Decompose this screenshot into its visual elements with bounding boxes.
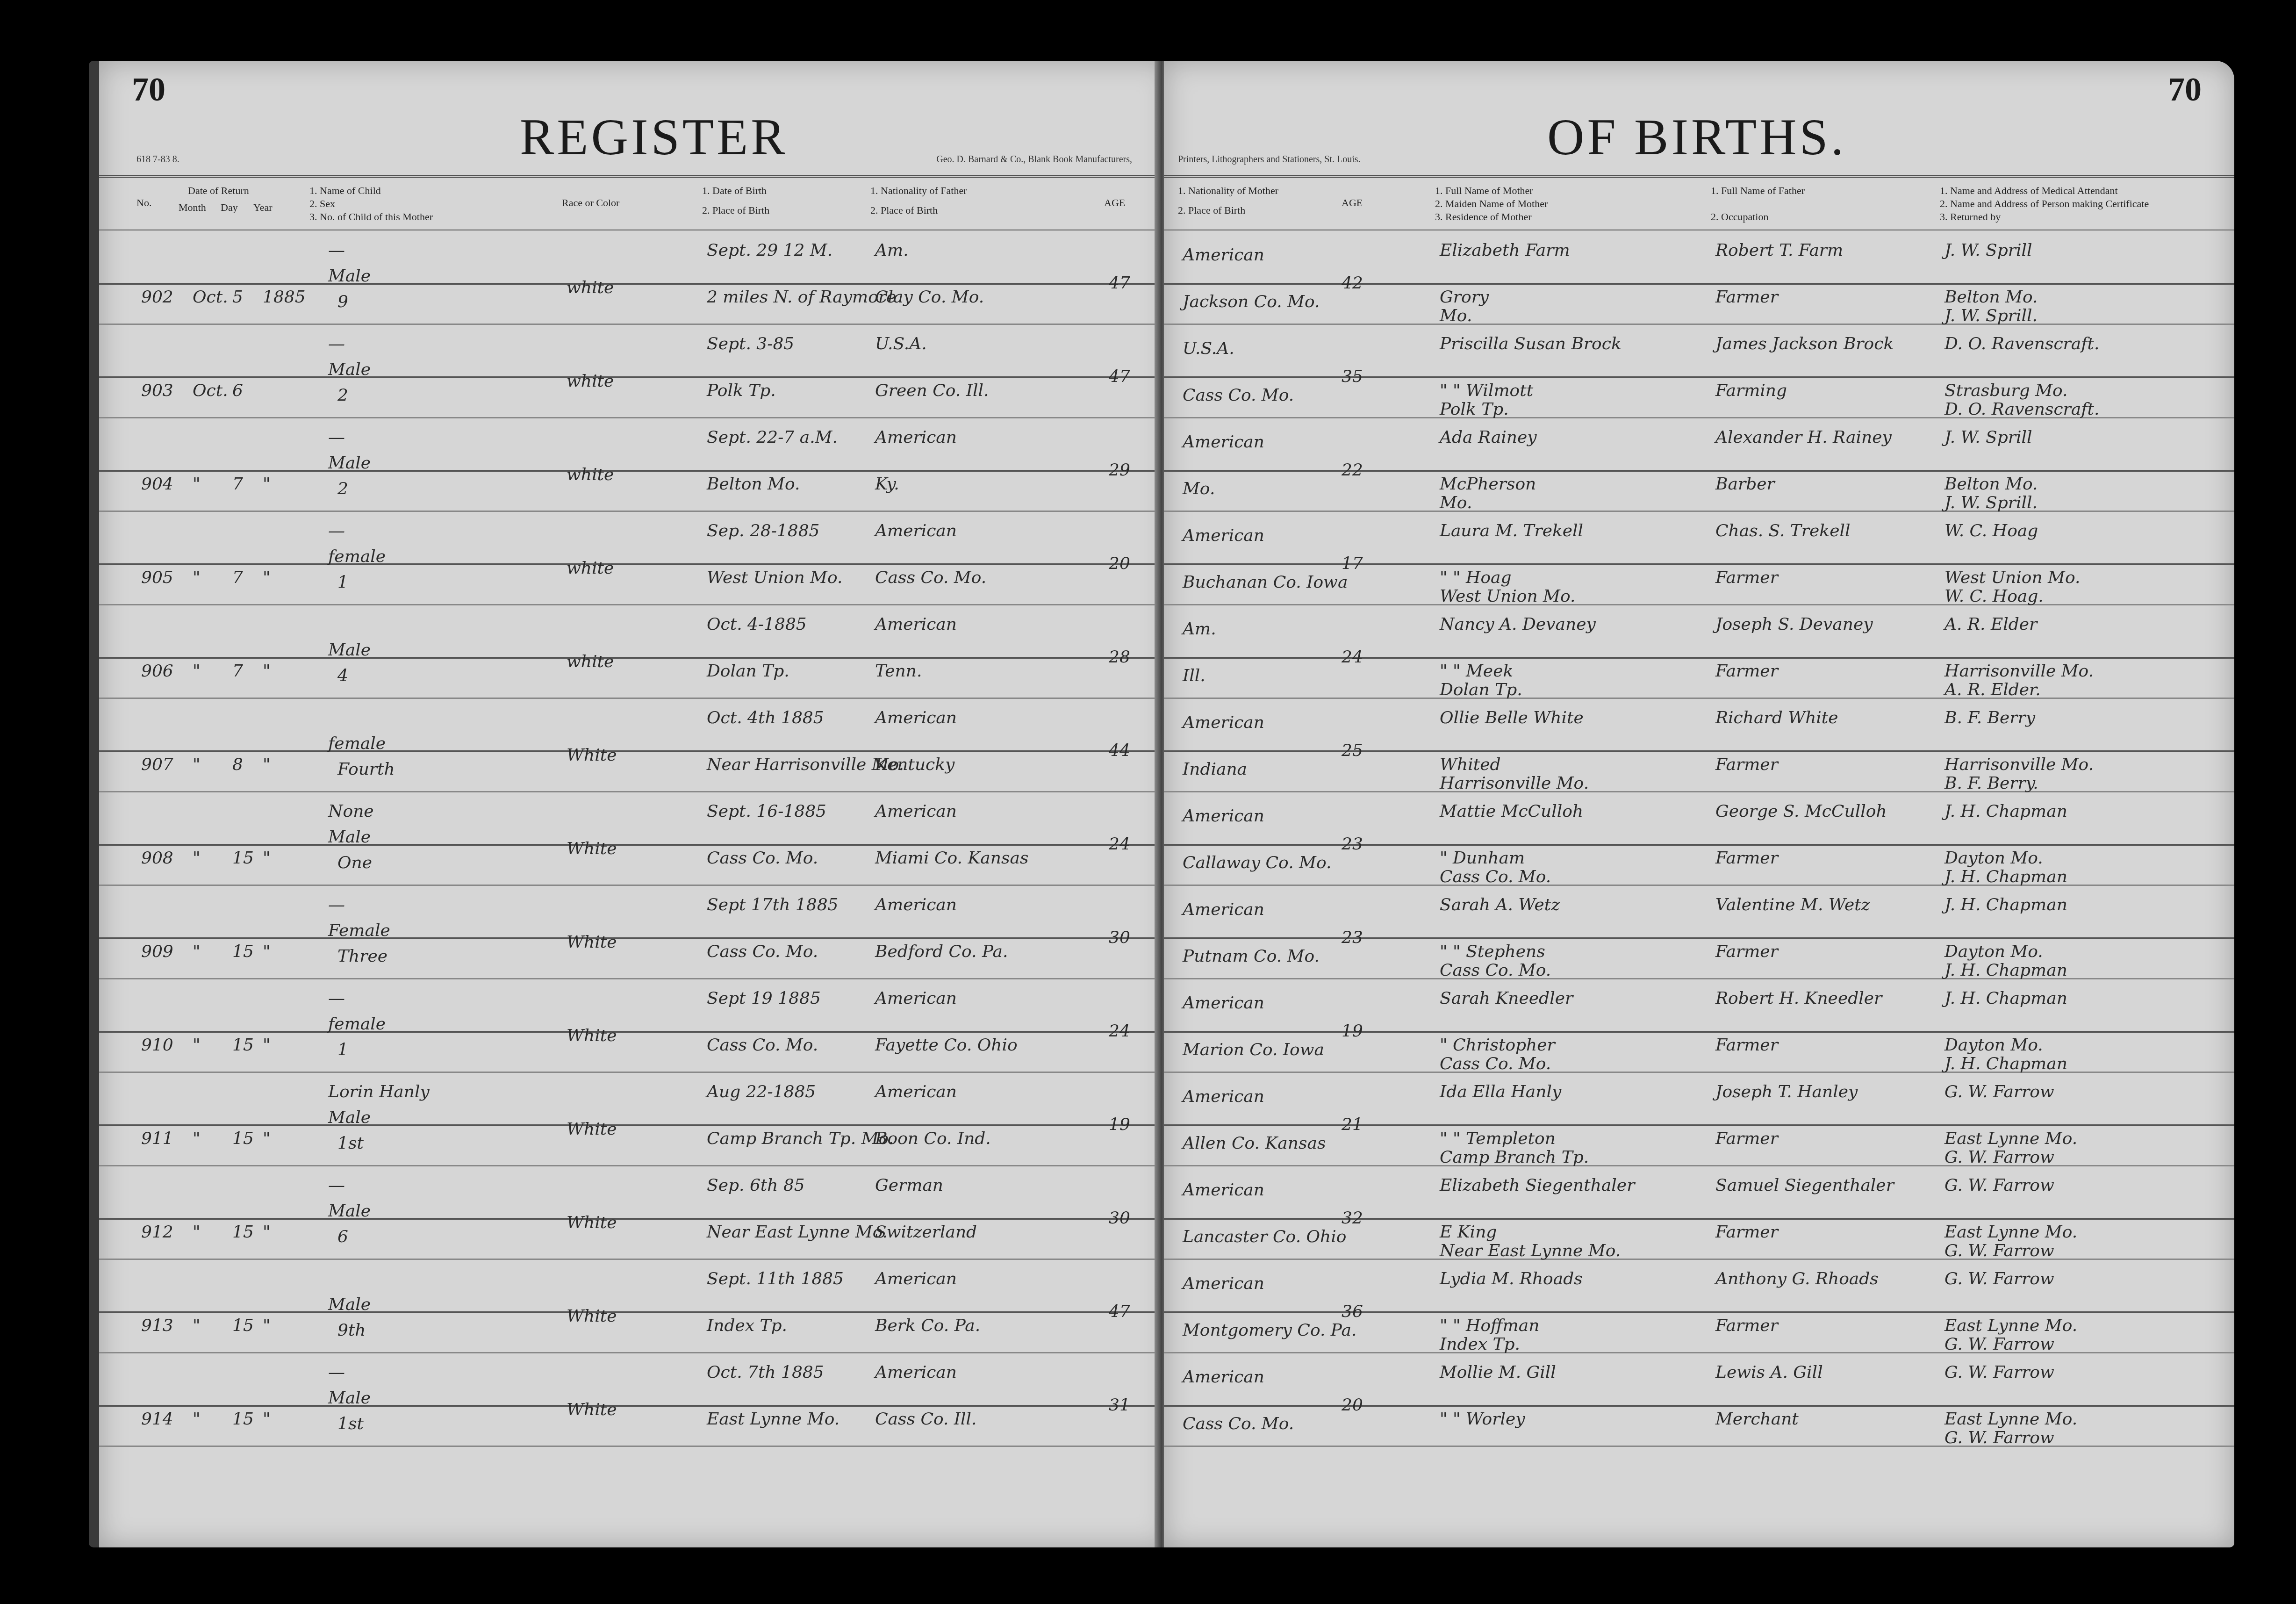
father-age: 24 (1109, 1021, 1130, 1041)
mother-name: Elizabeth Siegenthaler (1440, 1176, 1635, 1195)
child-sex: female (328, 1014, 386, 1034)
row-divider (99, 376, 1170, 378)
father-nationality: American (875, 708, 957, 727)
father-occupation: Farmer (1715, 662, 1778, 681)
father-occupation: Barber (1715, 475, 1775, 494)
return-year: " (263, 1036, 271, 1055)
father-birthplace: Fayette Co. Ohio (875, 1036, 1018, 1055)
returned-by: A. R. Elder. (1944, 680, 2041, 699)
table-row: 905"7"—female1whiteSep. 28-1885West Unio… (99, 512, 1170, 605)
header-father-age: AGE (1104, 196, 1125, 209)
mother-nationality: American (1183, 526, 1264, 545)
certifier: Dayton Mo. (1944, 1036, 2043, 1055)
birth-date: Sept 19 1885 (707, 989, 821, 1008)
father-nationality: American (875, 895, 957, 914)
ledger-spread: 70 REGISTER 618 7-83 8. Geo. D. Barnard … (89, 61, 2234, 1547)
child-number: 9 (337, 292, 348, 311)
maiden-name: " " Templeton (1440, 1129, 1556, 1148)
return-year: 1885 (263, 288, 306, 307)
medical-attendant: A. R. Elder (1944, 615, 2037, 634)
row-divider (99, 750, 1170, 752)
mother-name: Sarah A. Wetz (1440, 895, 1560, 914)
imprint-left: Geo. D. Barnard & Co., Blank Book Manufa… (936, 154, 1132, 165)
return-month: " (193, 662, 201, 681)
births-title: OF BIRTHS. (1547, 108, 1846, 167)
table-row: AmericanJackson Co. Mo.42Elizabeth FarmG… (1164, 231, 2234, 325)
child-number: 1st (337, 1414, 364, 1433)
row-divider (99, 1031, 1170, 1033)
father-birthplace: Clay Co. Mo. (875, 288, 984, 307)
table-row: AmericanIndiana25Ollie Belle WhiteWhited… (1164, 699, 2234, 792)
birth-date: Sept 17th 1885 (707, 895, 838, 914)
certifier: Strasburg Mo. (1944, 381, 2068, 400)
return-day: 15 (232, 849, 254, 868)
return-day: 15 (232, 1410, 254, 1429)
child-sex: Male (328, 1295, 371, 1314)
maiden-name: " " Meek (1440, 662, 1513, 681)
birth-date: Oct. 4th 1885 (707, 708, 824, 727)
return-day: 15 (232, 942, 254, 961)
left-page: 70 REGISTER 618 7-83 8. Geo. D. Barnard … (89, 61, 1170, 1547)
maiden-name: " " Wilmott (1440, 381, 1533, 400)
race: white (567, 465, 614, 484)
mother-residence: Dolan Tp. (1440, 680, 1522, 699)
father-birthplace: Berk Co. Pa. (875, 1316, 980, 1335)
return-month: Oct. (193, 288, 228, 307)
birth-place: Near Harrisonville Mo. (707, 755, 904, 774)
father-nationality: American (875, 521, 957, 540)
table-row: AmericanBuchanan Co. Iowa17Laura M. Trek… (1164, 512, 2234, 605)
entry-number: 903 (141, 381, 173, 400)
header-no: No. (136, 196, 151, 209)
maiden-name: " " Stephens (1440, 942, 1545, 961)
table-row: 906"7"Male4whiteOct. 4-1885Dolan Tp.Amer… (99, 605, 1170, 699)
maiden-name: " " Worley (1440, 1410, 1525, 1429)
father-age: 28 (1109, 647, 1130, 667)
father-nationality: American (875, 615, 957, 634)
father-nationality: American (875, 802, 957, 821)
mother-residence: Index Tp. (1440, 1335, 1520, 1354)
father-nationality: Am. (875, 241, 909, 260)
mother-residence: Mo. (1440, 493, 1472, 512)
mother-name: Laura M. Trekell (1440, 521, 1583, 540)
right-entries: AmericanJackson Co. Mo.42Elizabeth FarmG… (1164, 231, 2234, 1447)
return-day: 7 (232, 475, 243, 494)
child-name: — (328, 895, 345, 914)
race: white (567, 559, 614, 578)
maiden-name: " " Hoffman (1440, 1316, 1539, 1335)
birth-place: Cass Co. Mo. (707, 849, 818, 868)
father-age: 44 (1109, 741, 1130, 760)
mother-name: Elizabeth Farm (1440, 241, 1570, 260)
race: White (567, 1026, 617, 1045)
return-day: 15 (232, 1129, 254, 1148)
father-name: Samuel Siegenthaler (1715, 1176, 1894, 1195)
table-row: 909"15"—FemaleThreeWhiteSept 17th 1885Ca… (99, 886, 1170, 979)
returned-by: J. W. Sprill. (1944, 306, 2038, 325)
mother-age: 23 (1342, 928, 1363, 947)
mother-name: Ida Ella Hanly (1440, 1082, 1561, 1101)
row-divider (1164, 376, 2234, 378)
mother-birthplace: Marion Co. Iowa (1183, 1040, 1324, 1059)
row-divider (1164, 1124, 2234, 1126)
child-name: — (328, 241, 345, 260)
return-year: " (263, 1410, 271, 1429)
entry-number: 902 (141, 288, 173, 307)
returned-by: J. H. Chapman (1944, 867, 2067, 886)
table-row: 908"15"NoneMaleOneWhiteSept. 16-1885Cass… (99, 792, 1170, 886)
medical-attendant: J. H. Chapman (1944, 895, 2067, 914)
birth-place: East Lynne Mo. (707, 1410, 839, 1429)
birth-date: Sept. 3-85 (707, 334, 794, 353)
child-number: Fourth (337, 760, 395, 779)
form-code: 618 7-83 8. (136, 154, 179, 165)
child-sex: Male (328, 266, 371, 286)
header-race: Race or Color (562, 196, 619, 209)
father-age: 30 (1109, 1208, 1130, 1228)
maiden-name: " " Hoag (1440, 568, 1512, 587)
entry-number: 909 (141, 942, 173, 961)
certifier: Belton Mo. (1944, 475, 2038, 494)
mother-age: 35 (1342, 367, 1363, 386)
mother-nationality: American (1183, 1087, 1264, 1106)
father-birthplace: Boon Co. Ind. (875, 1129, 991, 1148)
father-occupation: Farmer (1715, 849, 1778, 868)
row-divider (1164, 1311, 2234, 1313)
child-sex: Male (328, 453, 371, 473)
birth-date: Aug 22-1885 (707, 1082, 816, 1101)
child-name: — (328, 1363, 345, 1382)
certifier: Dayton Mo. (1944, 849, 2043, 868)
header-father: 1. Full Name of Father 2. Occupation (1711, 184, 1805, 223)
race: white (567, 372, 614, 391)
father-age: 30 (1109, 928, 1130, 947)
mother-birthplace: Indiana (1183, 760, 1247, 779)
mother-nationality: American (1183, 1367, 1264, 1387)
table-row: AmericanCallaway Co. Mo.23Mattie McCullo… (1164, 792, 2234, 886)
certifier: East Lynne Mo. (1944, 1410, 2077, 1429)
certifier: East Lynne Mo. (1944, 1316, 2077, 1335)
left-column-header: No. Date of Return Month Day Year 1. Nam… (99, 175, 1170, 231)
medical-attendant: D. O. Ravenscraft. (1944, 334, 2100, 353)
row-divider (1164, 937, 2234, 939)
return-month: " (193, 942, 201, 961)
header-year: Year (253, 201, 273, 214)
mother-residence: Polk Tp. (1440, 400, 1509, 419)
father-name: George S. McCulloh (1715, 802, 1887, 821)
entry-number: 914 (141, 1410, 173, 1429)
certifier: Harrisonville Mo. (1944, 755, 2094, 774)
maiden-name: " Christopher (1440, 1036, 1555, 1055)
mother-nationality: American (1183, 900, 1264, 919)
father-name: Chas. S. Trekell (1715, 521, 1851, 540)
returned-by: J. H. Chapman (1944, 961, 2067, 980)
row-divider (1164, 563, 2234, 565)
entry-number: 908 (141, 849, 173, 868)
imprint-right: Printers, Lithographers and Stationers, … (1178, 154, 1361, 165)
child-number: 6 (337, 1227, 348, 1246)
returned-by: J. W. Sprill. (1944, 493, 2038, 512)
returned-by: G. W. Farrow (1944, 1335, 2054, 1354)
medical-attendant: W. C. Hoag (1944, 521, 2038, 540)
child-number: 9th (337, 1321, 366, 1340)
medical-attendant: G. W. Farrow (1944, 1269, 2054, 1288)
father-birthplace: Cass Co. Ill. (875, 1410, 977, 1429)
register-title: REGISTER (520, 108, 788, 167)
race: white (567, 652, 614, 671)
child-sex: Male (328, 1108, 371, 1127)
return-month: " (193, 1410, 201, 1429)
race: White (567, 839, 617, 858)
father-occupation: Merchant (1715, 1410, 1799, 1429)
mother-birthplace: Ill. (1183, 666, 1205, 685)
mother-residence: Cass Co. Mo. (1440, 867, 1551, 886)
father-birthplace: Green Co. Ill. (875, 381, 989, 400)
returned-by: G. W. Farrow (1944, 1148, 2054, 1167)
child-number: 1 (337, 1040, 348, 1059)
father-nationality: American (875, 1363, 957, 1382)
return-year: " (263, 755, 271, 774)
table-row: AmericanCass Co. Mo.20Mollie M. Gill" " … (1164, 1353, 2234, 1447)
return-year: " (263, 849, 271, 868)
row-divider (1164, 1031, 2234, 1033)
father-occupation: Farmer (1715, 1223, 1778, 1242)
returned-by: B. F. Berry. (1944, 774, 2038, 793)
table-row: 902Oct.51885—Male9whiteSept. 29 12 M.2 m… (99, 231, 1170, 325)
mother-name: Ollie Belle White (1440, 708, 1584, 727)
page-number-left: 70 (132, 70, 165, 109)
header-day: Day (221, 201, 238, 214)
return-month: " (193, 755, 201, 774)
row-divider (99, 470, 1170, 472)
return-month: " (193, 475, 201, 494)
row-divider (99, 937, 1170, 939)
certifier: Harrisonville Mo. (1944, 662, 2094, 681)
header-birth: 1. Date of Birth 2. Place of Birth (702, 184, 769, 217)
race: white (567, 278, 614, 297)
table-row: AmericanAllen Co. Kansas21Ida Ella Hanly… (1164, 1073, 2234, 1166)
mother-name: Mollie M. Gill (1440, 1363, 1556, 1382)
return-month: Oct. (193, 381, 228, 400)
father-age: 24 (1109, 834, 1130, 854)
father-birthplace: Switzerland (875, 1223, 977, 1242)
maiden-name: E King (1440, 1223, 1497, 1242)
child-number: 2 (337, 386, 348, 405)
father-name: Robert T. Farm (1715, 241, 1843, 260)
child-name: — (328, 428, 345, 447)
father-birthplace: Bedford Co. Pa. (875, 942, 1008, 961)
table-row: 910"15"—female1WhiteSept 19 1885Cass Co.… (99, 979, 1170, 1073)
birth-place: Index Tp. (707, 1316, 787, 1335)
medical-attendant: B. F. Berry (1944, 708, 2035, 727)
father-name: Joseph T. Hanley (1715, 1082, 1858, 1101)
father-name: Lewis A. Gill (1715, 1363, 1823, 1382)
child-number: 4 (337, 666, 348, 685)
father-occupation: Farmer (1715, 755, 1778, 774)
mother-name: Lydia M. Rhoads (1440, 1269, 1583, 1288)
return-day: 5 (232, 288, 243, 307)
mother-birthplace: Buchanan Co. Iowa (1183, 573, 1348, 592)
father-birthplace: Tenn. (875, 662, 922, 681)
birth-date: Sept. 29 12 M. (707, 241, 832, 260)
mother-age: 22 (1342, 460, 1363, 480)
row-divider (99, 563, 1170, 565)
birth-date: Sept. 11th 1885 (707, 1269, 844, 1288)
medical-attendant: J. W. Sprill (1944, 428, 2032, 447)
row-divider (1164, 1405, 2234, 1407)
right-page: 70 OF BIRTHS. Printers, Lithographers an… (1164, 61, 2234, 1547)
row-divider (1164, 844, 2234, 846)
child-name: — (328, 334, 345, 353)
mother-age: 17 (1342, 554, 1363, 573)
mother-nationality: American (1183, 1274, 1264, 1293)
father-occupation: Farmer (1715, 1036, 1778, 1055)
entry-number: 906 (141, 662, 173, 681)
father-occupation: Farmer (1715, 288, 1778, 307)
father-nationality: American (875, 989, 957, 1008)
child-number: 2 (337, 479, 348, 498)
return-month: " (193, 1036, 201, 1055)
birth-date: Sept. 16-1885 (707, 802, 826, 821)
mother-birthplace: Allen Co. Kansas (1183, 1134, 1326, 1153)
mother-birthplace: Cass Co. Mo. (1183, 1414, 1294, 1433)
return-year: " (263, 942, 271, 961)
mother-residence: Harrisonville Mo. (1440, 774, 1589, 793)
return-day: 6 (232, 381, 243, 400)
race: White (567, 746, 617, 765)
father-birthplace: Miami Co. Kansas (875, 849, 1028, 868)
entry-number: 907 (141, 755, 173, 774)
father-name: Robert H. Kneedler (1715, 989, 1882, 1008)
birth-place: Cass Co. Mo. (707, 942, 818, 961)
row-divider (1164, 750, 2234, 752)
mother-nationality: American (1183, 713, 1264, 732)
child-number: 1 (337, 573, 348, 592)
child-sex: Male (328, 640, 371, 660)
medical-attendant: J. H. Chapman (1944, 989, 2067, 1008)
return-month: " (193, 849, 201, 868)
race: White (567, 1213, 617, 1232)
birth-place: Dolan Tp. (707, 662, 789, 681)
father-age: 20 (1109, 554, 1130, 573)
return-day: 7 (232, 568, 243, 587)
birth-place: Camp Branch Tp. Mo. (707, 1129, 894, 1148)
table-row: AmericanMarion Co. Iowa19Sarah Kneedler"… (1164, 979, 2234, 1073)
father-name: Richard White (1715, 708, 1838, 727)
maiden-name: McPherson (1440, 475, 1536, 494)
mother-birthplace: Callaway Co. Mo. (1183, 853, 1331, 872)
child-number: Three (337, 947, 387, 966)
table-row: 911"15"Lorin HanlyMale1stWhiteAug 22-188… (99, 1073, 1170, 1166)
table-row: 903Oct.6—Male2whiteSept. 3-85Polk Tp.U.S… (99, 325, 1170, 418)
page-number-right: 70 (2168, 70, 2202, 109)
medical-attendant: G. W. Farrow (1944, 1082, 2054, 1101)
mother-nationality: American (1183, 245, 1264, 265)
entry-number: 912 (141, 1223, 173, 1242)
race: White (567, 1307, 617, 1326)
medical-attendant: G. W. Farrow (1944, 1363, 2054, 1382)
row-divider (99, 1405, 1170, 1407)
return-year: " (263, 1316, 271, 1335)
father-nationality: German (875, 1176, 943, 1195)
mother-birthplace: Jackson Co. Mo. (1183, 292, 1320, 311)
mother-residence: Camp Branch Tp. (1440, 1148, 1589, 1167)
father-name: James Jackson Brock (1715, 334, 1894, 353)
child-number: 1st (337, 1134, 364, 1153)
mother-name: Mattie McCulloh (1440, 802, 1583, 821)
birth-place: West Union Mo. (707, 568, 842, 587)
father-birthplace: Kentucky (875, 755, 954, 774)
father-age: 47 (1109, 1302, 1130, 1321)
return-day: 15 (232, 1223, 254, 1242)
return-day: 15 (232, 1316, 254, 1335)
child-name: — (328, 989, 345, 1008)
birth-place: Near East Lynne Mo. (707, 1223, 888, 1242)
header-mother-nationality: 1. Nationality of Mother 2. Place of Bir… (1178, 184, 1278, 217)
father-occupation: Farmer (1715, 568, 1778, 587)
father-age: 47 (1109, 273, 1130, 293)
birth-date: Sep. 6th 85 (707, 1176, 805, 1195)
return-year: " (263, 568, 271, 587)
father-name: Valentine M. Wetz (1715, 895, 1870, 914)
header-child: 1. Name of Child 2. Sex 3. No. of Child … (309, 184, 433, 223)
mother-age: 36 (1342, 1302, 1363, 1321)
mother-nationality: American (1183, 806, 1264, 826)
return-year: " (263, 1223, 271, 1242)
table-row: AmericanLancaster Co. Ohio32Elizabeth Si… (1164, 1166, 2234, 1260)
child-sex: Female (328, 921, 390, 940)
birth-date: Sep. 28-1885 (707, 521, 820, 540)
entry-number: 911 (141, 1129, 173, 1148)
mother-name: Priscilla Susan Brock (1440, 334, 1622, 353)
row-divider (1164, 283, 2234, 285)
mother-birthplace: Lancaster Co. Ohio (1183, 1227, 1346, 1246)
maiden-name: " Dunham (1440, 849, 1525, 868)
medical-attendant: G. W. Farrow (1944, 1176, 2054, 1195)
entry-number: 904 (141, 475, 173, 494)
child-number: One (337, 853, 372, 872)
mother-birthplace: Montgomery Co. Pa. (1183, 1321, 1356, 1340)
header-month: Month (179, 201, 206, 214)
row-divider (99, 844, 1170, 846)
returned-by: J. H. Chapman (1944, 1054, 2067, 1073)
table-row: 913"15"Male9thWhiteSept. 11th 1885Index … (99, 1260, 1170, 1353)
child-sex: Male (328, 1201, 371, 1221)
return-day: 8 (232, 755, 243, 774)
maiden-name: Whited (1440, 755, 1501, 774)
row-divider (1164, 1218, 2234, 1220)
father-name: Alexander H. Rainey (1715, 428, 1892, 447)
mother-age: 20 (1342, 1395, 1363, 1415)
entry-number: 905 (141, 568, 173, 587)
mother-residence: Near East Lynne Mo. (1440, 1241, 1621, 1260)
return-month: " (193, 1223, 201, 1242)
return-year: " (263, 475, 271, 494)
returned-by: G. W. Farrow (1944, 1428, 2054, 1447)
father-age: 47 (1109, 367, 1130, 386)
header-date-return: Date of Return (188, 184, 249, 197)
row-divider (1164, 657, 2234, 659)
row-divider (99, 1124, 1170, 1126)
certifier: Belton Mo. (1944, 288, 2038, 307)
right-column-header: 1. Nationality of Mother 2. Place of Bir… (1164, 175, 2234, 231)
father-birthplace: Cass Co. Mo. (875, 568, 986, 587)
race: White (567, 1120, 617, 1139)
mother-age: 24 (1342, 647, 1363, 667)
table-row: U.S.A.Cass Co. Mo.35Priscilla Susan Broc… (1164, 325, 2234, 418)
returned-by: D. O. Ravenscraft. (1944, 400, 2100, 419)
mother-nationality: U.S.A. (1183, 339, 1234, 358)
